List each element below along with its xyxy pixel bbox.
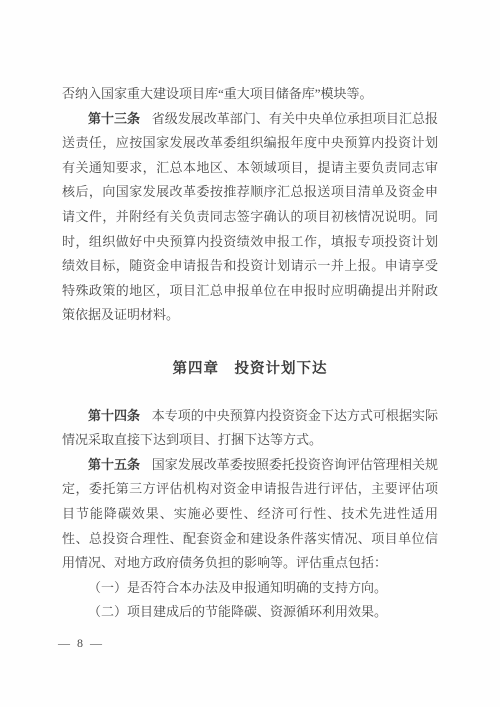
- article-15-label: 第十五条: [88, 457, 140, 472]
- document-page: 否纳入国家重大建设项目库“重大项目储备库”模块等。 第十三条省级发展改革部门、有…: [0, 0, 500, 707]
- list-item-2: （二）项目建成后的节能降碳、资源循环利用效果。: [62, 600, 438, 625]
- chapter-heading: 第四章 投资计划下达: [62, 357, 438, 382]
- article-13-text: 省级发展改革部门、有关中央单位承担项目汇总报送责任，应按国家发展改革委组织编报年…: [62, 111, 438, 323]
- article-15-text: 国家发展改革委按照委托投资咨询评估管理相关规定，委托第三方评估机构对资金申请报告…: [62, 457, 438, 570]
- article-14-label: 第十四条: [88, 408, 140, 423]
- list-item-1: （一）是否符合本办法及申报通知明确的支持方向。: [62, 576, 438, 601]
- page-number: — 8 —: [58, 634, 438, 652]
- article-15: 第十五条国家发展改革委按照委托投资咨询评估管理相关规定，委托第三方评估机构对资金…: [62, 453, 438, 576]
- article-13: 第十三条省级发展改革部门、有关中央单位承担项目汇总报送责任，应按国家发展改革委组…: [62, 107, 438, 328]
- paragraph-continuation: 否纳入国家重大建设项目库“重大项目储备库”模块等。: [62, 82, 438, 107]
- article-13-label: 第十三条: [88, 111, 140, 126]
- document-body: 否纳入国家重大建设项目库“重大项目储备库”模块等。 第十三条省级发展改革部门、有…: [62, 82, 438, 652]
- article-14: 第十四条本专项的中央预算内投资资金下达方式可根据实际情况采取直接下达到项目、打捆…: [62, 404, 438, 453]
